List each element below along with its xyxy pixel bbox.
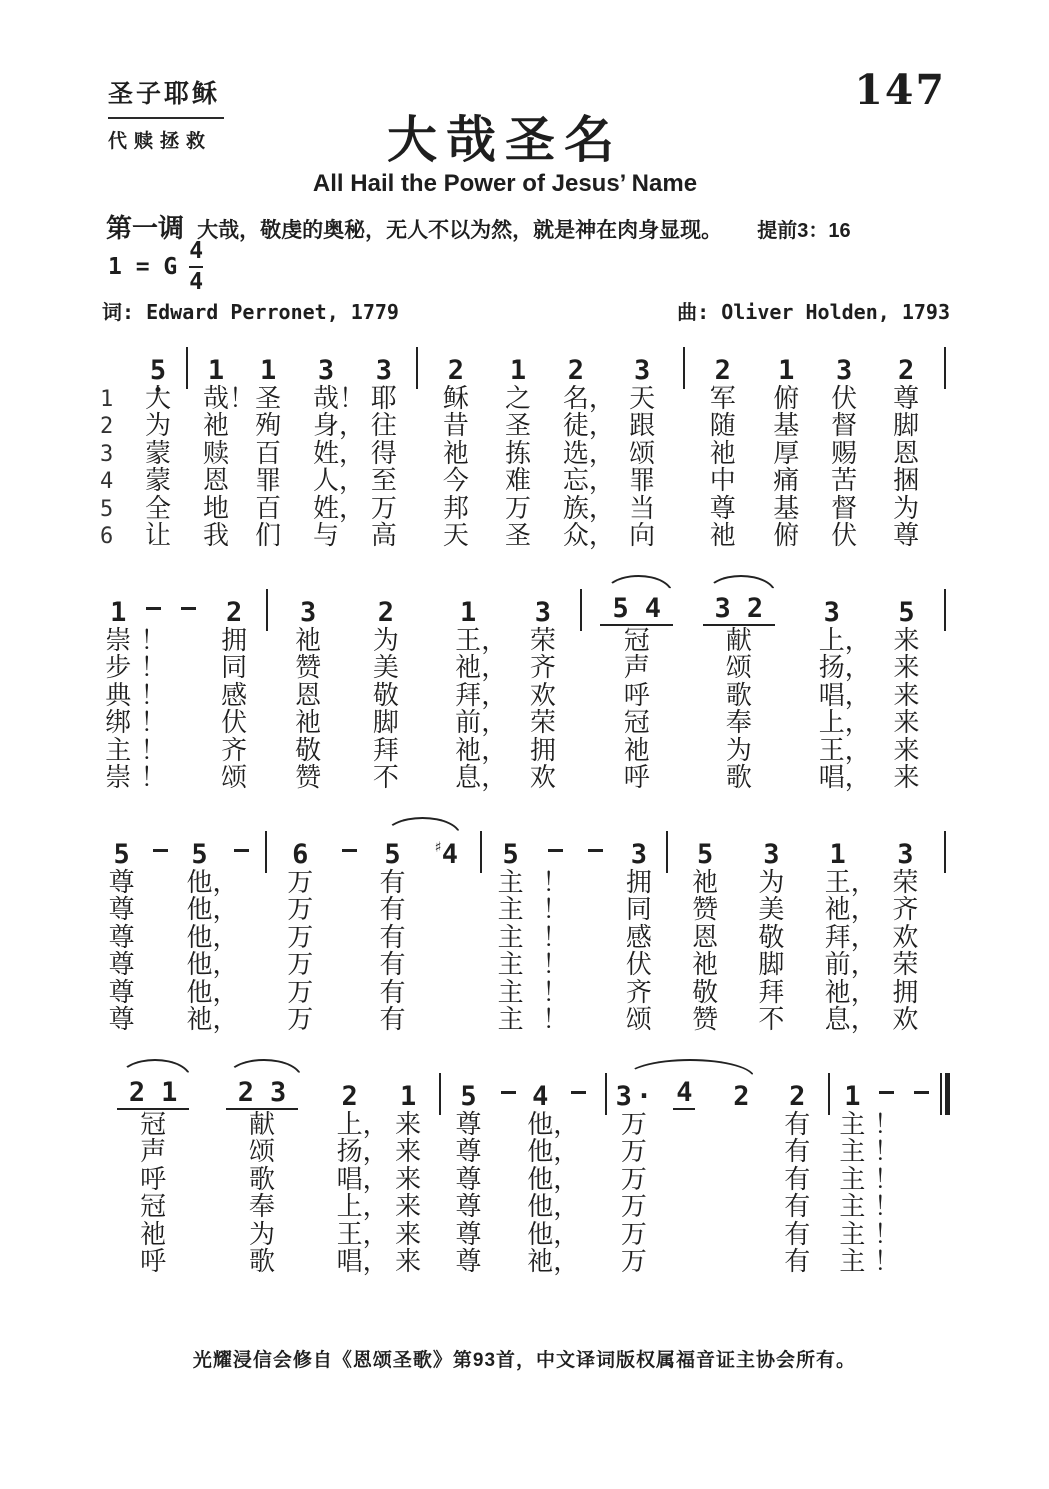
lyric-syllable: 来 bbox=[382, 1139, 435, 1165]
lyric-syllable: 今 bbox=[422, 468, 490, 494]
lyric-row-verse-3: 3蒙赎百姓，得祂拣选，颂祂厚赐恩 bbox=[100, 439, 950, 467]
hymn-title: 大哉圣名 bbox=[100, 100, 910, 172]
lyric-syllable: 来 bbox=[873, 655, 940, 681]
lyric-syllable: 祂 bbox=[689, 441, 757, 467]
lyric-syllable: 恩 bbox=[872, 441, 940, 467]
lyric-row-verse-1: 尊他，万有主！拥祂为王，荣 bbox=[100, 868, 950, 896]
lyric-syllable: 之 bbox=[490, 386, 546, 412]
lyric-syllable: 拜， bbox=[805, 925, 871, 951]
note: 3 bbox=[606, 357, 679, 384]
lyric-row-verse-1: 1大哉！圣哉！耶稣之名，天军俯伏尊 bbox=[100, 384, 950, 412]
lyric-syllable: ！ bbox=[137, 765, 171, 791]
lyric-syllable: 拜 bbox=[345, 738, 427, 764]
lyric-syllable: 他， bbox=[178, 925, 221, 951]
lyric-syllable: 来 bbox=[873, 738, 940, 764]
lyric-syllable: 欢 bbox=[871, 1007, 940, 1033]
lyric-syllable: 上， bbox=[791, 710, 873, 736]
lyric-syllable: 跟 bbox=[606, 413, 679, 439]
lyric-syllable: 献 bbox=[206, 1112, 318, 1138]
note: 3 bbox=[791, 599, 873, 626]
lyric-syllable: 呼 bbox=[100, 1249, 206, 1275]
note: 3· bbox=[611, 1083, 656, 1110]
lyric-syllable: 奉 bbox=[206, 1194, 318, 1220]
lyric-syllable: 上， bbox=[318, 1194, 382, 1220]
lyric-row-verse-6: 尊祂，万有主！颂赞不息，欢 bbox=[100, 1006, 950, 1034]
lyric-syllable: 息， bbox=[805, 1007, 871, 1033]
lyric-syllable: 万 bbox=[271, 1007, 329, 1033]
lyric-syllable: 尊 bbox=[445, 1194, 493, 1220]
time-signature: 4 4 bbox=[189, 240, 203, 294]
epigraph-text: 大哉，敬虔的奥秘，无人不以为然，就是神在肉身显现。 bbox=[197, 219, 722, 242]
lyric-syllable: 荣 bbox=[509, 710, 576, 736]
note: 2 bbox=[345, 599, 427, 626]
lyric-syllable: 尊 bbox=[445, 1249, 493, 1275]
lyric-syllable: 当 bbox=[606, 496, 679, 522]
lyric-syllable: 荣 bbox=[871, 870, 940, 896]
lyric-syllable: 主 bbox=[834, 1167, 871, 1193]
note: 5 bbox=[445, 1083, 493, 1110]
lyric-syllable: 歌 bbox=[687, 765, 791, 791]
lyric-syllable: 有 bbox=[369, 980, 415, 1006]
verse-number: 2 bbox=[100, 414, 134, 439]
lyric-syllable: 向 bbox=[606, 523, 679, 549]
note: 54 bbox=[586, 595, 687, 626]
lyric-syllable: ！ bbox=[137, 628, 171, 654]
lyric-syllable: 邦 bbox=[422, 496, 490, 522]
dash-continuation bbox=[871, 1083, 903, 1110]
lyric-syllable: 尊 bbox=[445, 1167, 493, 1193]
lyric-syllable: 典 bbox=[100, 683, 137, 709]
lyric-syllable: 来 bbox=[382, 1249, 435, 1275]
lyric-syllable: 感 bbox=[616, 925, 662, 951]
hymn-subtitle: All Hail the Power of Jesus’ Name bbox=[100, 170, 910, 198]
lyric-syllable: 百 bbox=[240, 441, 296, 467]
lyric-syllable: 我 bbox=[192, 523, 240, 549]
lyric-syllable: 天 bbox=[606, 386, 679, 412]
note: 21 bbox=[100, 1079, 206, 1110]
lyric-syllable: 蒙 bbox=[134, 468, 182, 494]
lyric-syllable: 他， bbox=[524, 1139, 556, 1165]
dash-continuation bbox=[143, 841, 178, 868]
lyric-row-verse-6: 崇！颂赞不息，欢呼歌唱，来 bbox=[100, 764, 950, 792]
lyric-syllable: 赎 bbox=[192, 441, 240, 467]
lyric-row-verse-3: 呼歌唱，来尊他，万有主！ bbox=[100, 1165, 950, 1193]
lyric-syllable: 主 bbox=[834, 1222, 871, 1248]
lyric-syllable: 百 bbox=[240, 496, 296, 522]
lyric-syllable: 他， bbox=[524, 1167, 556, 1193]
lyric-syllable: 奉 bbox=[687, 710, 791, 736]
lyric-syllable: 来 bbox=[382, 1222, 435, 1248]
music-system-1: 51133212321321大哉！圣哉！耶稣之名，天军俯伏尊2为祂殉身，往昔圣徒… bbox=[100, 332, 950, 549]
lyric-syllable: 来 bbox=[382, 1167, 435, 1193]
barline bbox=[412, 342, 422, 384]
lyric-row-verse-3: 尊他，万有主！感恩敬拜，欢 bbox=[100, 923, 950, 951]
composer-credit: 曲: Oliver Holden, 1793 bbox=[677, 296, 950, 325]
lyric-syllable: 为 bbox=[687, 738, 791, 764]
note: 1 bbox=[757, 357, 816, 384]
lyric-syllable: 冠 bbox=[586, 710, 687, 736]
lyric-syllable: 歌 bbox=[687, 683, 791, 709]
note-row: 5565♯4535313 bbox=[100, 816, 950, 868]
lyric-syllable: 尊 bbox=[100, 952, 143, 978]
lyric-syllable: 来 bbox=[873, 765, 940, 791]
lyric-syllable: 王， bbox=[318, 1222, 382, 1248]
lyric-syllable: 主 bbox=[100, 738, 137, 764]
lyric-row-verse-3: 典！感恩敬拜，欢呼歌唱，来 bbox=[100, 681, 950, 709]
lyric-syllable: 得 bbox=[356, 441, 412, 467]
lyric-syllable: 上， bbox=[791, 628, 873, 654]
lyric-syllable: 伏 bbox=[816, 523, 872, 549]
barline bbox=[576, 584, 586, 626]
note: 1 bbox=[382, 1083, 435, 1110]
lyric-syllable: 万 bbox=[271, 897, 329, 923]
lyric-syllable: 为 bbox=[738, 870, 804, 896]
lyric-syllable: 赞 bbox=[272, 655, 345, 681]
lyric-syllable: 众， bbox=[546, 523, 605, 549]
note: 2 bbox=[712, 1083, 770, 1110]
lyric-syllable: 歌 bbox=[206, 1249, 318, 1275]
lyric-syllable: 不 bbox=[738, 1007, 804, 1033]
lyric-syllable: 有 bbox=[771, 1112, 824, 1138]
lyric-syllable: 伏 bbox=[207, 710, 262, 736]
note: ♯4 bbox=[416, 841, 477, 868]
lyric-syllable: 万 bbox=[611, 1139, 656, 1165]
dash-continuation bbox=[170, 599, 207, 626]
lyric-syllable: 齐 bbox=[871, 897, 940, 923]
note: 3 bbox=[871, 841, 940, 868]
note: 3 bbox=[296, 357, 355, 384]
lyric-syllable: 祂 bbox=[672, 870, 738, 896]
lyric-syllable: 不 bbox=[345, 765, 427, 791]
lyric-syllable: 祂， bbox=[805, 980, 871, 1006]
lyric-syllable: 扬， bbox=[791, 655, 873, 681]
lyric-row-verse-1: 冠献上，来尊他，万有主！ bbox=[100, 1110, 950, 1138]
lyric-syllable: ！ bbox=[137, 738, 171, 764]
barline bbox=[261, 826, 271, 868]
barline bbox=[824, 1068, 834, 1110]
lyric-syllable: 冠 bbox=[100, 1194, 206, 1220]
lyric-syllable: 王， bbox=[805, 870, 871, 896]
lyric-syllable: 中 bbox=[689, 468, 757, 494]
verse-number: 3 bbox=[100, 442, 134, 467]
lyric-row-verse-5: 主！齐敬拜祂，拥祂为王，来 bbox=[100, 736, 950, 764]
lyric-syllable: 万 bbox=[271, 870, 329, 896]
dash-continuation bbox=[221, 841, 261, 868]
note: 1 bbox=[834, 1083, 871, 1110]
lyric-row-verse-6: 6让我们与高天圣众，向祂俯伏尊 bbox=[100, 522, 950, 550]
verse-number: 6 bbox=[100, 524, 134, 549]
lyric-syllable: ！ bbox=[871, 1139, 903, 1165]
note: 2 bbox=[689, 357, 757, 384]
lyric-syllable: 拣 bbox=[490, 441, 546, 467]
lyric-syllable: 敬 bbox=[672, 980, 738, 1006]
lyric-syllable: 基 bbox=[757, 413, 816, 439]
lyric-syllable: 来 bbox=[873, 683, 940, 709]
verse-number: 5 bbox=[100, 497, 134, 522]
dash-continuation bbox=[535, 841, 575, 868]
lyric-syllable: 欢 bbox=[509, 765, 576, 791]
lyric-syllable: 来 bbox=[873, 710, 940, 736]
lyric-syllable: 来 bbox=[873, 628, 940, 654]
barline bbox=[601, 1068, 611, 1110]
lyric-syllable: 伏 bbox=[616, 952, 662, 978]
lyric-syllable: 赞 bbox=[672, 1007, 738, 1033]
lyric-syllable: 拥 bbox=[616, 870, 662, 896]
lyric-syllable: ！ bbox=[871, 1194, 903, 1220]
epigraph-row: 第一调 大哉，敬虔的奥秘，无人不以为然，就是神在肉身显现。 提前3：16 bbox=[106, 208, 851, 245]
credits-row: 词: Edward Perronet, 1779 曲: Oliver Holde… bbox=[102, 296, 950, 325]
lyric-syllable: ！ bbox=[535, 870, 575, 896]
lyric-syllable: 主 bbox=[486, 870, 535, 896]
note: 5 bbox=[134, 357, 182, 384]
barline bbox=[940, 584, 950, 626]
lyric-syllable: 尊 bbox=[872, 386, 940, 412]
lyric-syllable: 万 bbox=[490, 496, 546, 522]
lyric-syllable: 他， bbox=[524, 1222, 556, 1248]
lyric-syllable: 有 bbox=[771, 1139, 824, 1165]
lyric-syllable: 忘， bbox=[546, 468, 605, 494]
lyric-row-verse-5: 尊他，万有主！齐敬拜祂，拥 bbox=[100, 978, 950, 1006]
footer-attribution: 光耀浸信会修自《恩颂圣歌》第93首，中文译词版权属福音证主协会所有。 bbox=[0, 1345, 1049, 1372]
lyric-syllable: ！ bbox=[871, 1249, 903, 1275]
dash-continuation bbox=[492, 1083, 524, 1110]
scripture-reference: 提前3：16 bbox=[757, 220, 850, 242]
lyric-syllable: 全 bbox=[134, 496, 182, 522]
lyric-syllable: 有 bbox=[771, 1194, 824, 1220]
lyric-syllable: 欢 bbox=[509, 683, 576, 709]
lyric-syllable: ！ bbox=[871, 1167, 903, 1193]
lyric-syllable: 祂 bbox=[272, 710, 345, 736]
lyric-syllable: 蒙 bbox=[134, 441, 182, 467]
lyric-syllable: 殉 bbox=[240, 413, 296, 439]
lyric-syllable: 拥 bbox=[207, 628, 262, 654]
lyric-row-verse-5: 祂为王，来尊他，万有主！ bbox=[100, 1220, 950, 1248]
lyric-syllable: 来 bbox=[382, 1194, 435, 1220]
lyric-syllable: 他， bbox=[178, 952, 221, 978]
lyric-syllable: 为 bbox=[872, 496, 940, 522]
lyric-syllable: 哉！ bbox=[296, 386, 355, 412]
note: 1 bbox=[805, 841, 871, 868]
lyric-syllable: 万 bbox=[611, 1112, 656, 1138]
lyric-syllable: 赐 bbox=[816, 441, 872, 467]
lyric-syllable: 地 bbox=[192, 496, 240, 522]
lyric-syllable: 罪 bbox=[240, 468, 296, 494]
note: 3 bbox=[356, 357, 412, 384]
lyric-syllable: 唱， bbox=[318, 1167, 382, 1193]
lyric-syllable: 他， bbox=[178, 870, 221, 896]
lyric-row-verse-4: 尊他，万有主！伏祂脚前，荣 bbox=[100, 951, 950, 979]
lyric-row-verse-2: 2为祂殉身，往昔圣徒，跟随基督脚 bbox=[100, 412, 950, 440]
lyric-syllable: 万 bbox=[271, 925, 329, 951]
barline bbox=[182, 342, 192, 384]
lyric-syllable: 俯 bbox=[757, 386, 816, 412]
lyric-syllable: ！ bbox=[871, 1222, 903, 1248]
lyric-syllable: 绑 bbox=[100, 710, 137, 736]
lyric-syllable: 扬， bbox=[318, 1139, 382, 1165]
lyric-syllable: 敬 bbox=[272, 738, 345, 764]
lyric-syllable: ！ bbox=[535, 897, 575, 923]
barline bbox=[476, 826, 486, 868]
lyric-syllable: 姓， bbox=[296, 441, 355, 467]
lyric-syllable: 主 bbox=[486, 925, 535, 951]
lyric-syllable: ！ bbox=[535, 980, 575, 1006]
lyric-syllable: 为 bbox=[134, 413, 182, 439]
lyric-syllable: 祂 bbox=[100, 1222, 206, 1248]
lyric-syllable: 感 bbox=[207, 683, 262, 709]
lyric-syllable: 昔 bbox=[422, 413, 490, 439]
note: 3 bbox=[816, 357, 872, 384]
lyric-syllable: 唱， bbox=[318, 1249, 382, 1275]
lyric-syllable: 有 bbox=[771, 1222, 824, 1248]
lyric-syllable: 来 bbox=[382, 1112, 435, 1138]
lyric-syllable: ！ bbox=[535, 1007, 575, 1033]
lyric-syllable: 尊 bbox=[100, 925, 143, 951]
lyric-syllable: 祂 bbox=[422, 441, 490, 467]
lyric-syllable: 主 bbox=[834, 1112, 871, 1138]
lyric-syllable: 美 bbox=[345, 655, 427, 681]
note: 32 bbox=[687, 595, 791, 626]
lyric-syllable: 王， bbox=[427, 628, 509, 654]
slur-arc bbox=[226, 1059, 302, 1078]
lyric-syllable: 祂 bbox=[672, 952, 738, 978]
lyric-syllable: 祂 bbox=[272, 628, 345, 654]
lyric-syllable: 厚 bbox=[757, 441, 816, 467]
lyricist-credit: 词: Edward Perronet, 1779 bbox=[102, 296, 399, 325]
lyric-syllable: 圣 bbox=[490, 523, 546, 549]
lyric-syllable: 敬 bbox=[738, 925, 804, 951]
lyric-row-verse-4: 绑！伏祂脚前，荣冠奉上，来 bbox=[100, 709, 950, 737]
note: 2 bbox=[872, 357, 940, 384]
lyric-syllable: 有 bbox=[369, 925, 415, 951]
lyric-syllable: 颂 bbox=[207, 765, 262, 791]
hymn-page: 圣子耶稣 代赎拯救 147 大哉圣名 All Hail the Power of… bbox=[0, 0, 1049, 1489]
lyric-syllable: 主 bbox=[486, 897, 535, 923]
time-signature-numerator: 4 bbox=[189, 240, 203, 268]
note: 5 bbox=[178, 841, 221, 868]
lyric-syllable: 祂， bbox=[427, 738, 509, 764]
lyric-syllable: 罪 bbox=[606, 468, 679, 494]
lyric-syllable: 为 bbox=[206, 1222, 318, 1248]
lyric-syllable: 赞 bbox=[272, 765, 345, 791]
lyric-syllable: 万 bbox=[356, 496, 412, 522]
lyric-syllable: 尊 bbox=[445, 1112, 493, 1138]
lyric-syllable: 尊 bbox=[100, 870, 143, 896]
note: 5 bbox=[672, 841, 738, 868]
lyric-syllable: 颂 bbox=[206, 1139, 318, 1165]
lyric-syllable: 万 bbox=[611, 1167, 656, 1193]
note: 3 bbox=[509, 599, 576, 626]
lyric-syllable: 步 bbox=[100, 655, 137, 681]
lyric-syllable: 拥 bbox=[509, 738, 576, 764]
dash-continuation bbox=[137, 599, 171, 626]
lyric-syllable: 往 bbox=[356, 413, 412, 439]
lyric-syllable: 荣 bbox=[509, 628, 576, 654]
verse-number: 1 bbox=[100, 387, 134, 412]
lyric-syllable: 督 bbox=[816, 413, 872, 439]
note: 1 bbox=[192, 357, 240, 384]
slur-arc bbox=[119, 1059, 191, 1078]
lyric-syllable: 荣 bbox=[871, 952, 940, 978]
lyric-syllable: 万 bbox=[271, 980, 329, 1006]
lyric-syllable: 让 bbox=[134, 523, 182, 549]
hymn-header: 圣子耶稣 代赎拯救 147 大哉圣名 All Hail the Power of… bbox=[100, 70, 950, 332]
lyric-syllable: 主 bbox=[486, 952, 535, 978]
lyric-syllable: 尊 bbox=[872, 523, 940, 549]
lyric-syllable: 前， bbox=[805, 952, 871, 978]
note: 3 bbox=[272, 599, 345, 626]
note: 2 bbox=[207, 599, 262, 626]
lyric-syllable: 有 bbox=[369, 897, 415, 923]
lyric-syllable: 冠 bbox=[586, 628, 687, 654]
lyric-syllable: 万 bbox=[611, 1249, 656, 1275]
slur-arc bbox=[604, 575, 673, 594]
note: 1 bbox=[427, 599, 509, 626]
lyric-syllable: 齐 bbox=[207, 738, 262, 764]
lyric-syllable: 他， bbox=[178, 897, 221, 923]
lyric-syllable: 他， bbox=[178, 980, 221, 1006]
lyric-syllable: 名， bbox=[546, 386, 605, 412]
lyric-syllable: 圣 bbox=[490, 413, 546, 439]
dash-continuation bbox=[575, 841, 615, 868]
lyric-syllable: 耶 bbox=[356, 386, 412, 412]
lyric-syllable: 俯 bbox=[757, 523, 816, 549]
lyric-syllable: 颂 bbox=[606, 441, 679, 467]
lyric-syllable: 唱， bbox=[791, 683, 873, 709]
barline bbox=[435, 1068, 445, 1110]
lyric-syllable: 脚 bbox=[872, 413, 940, 439]
lyric-syllable: 至 bbox=[356, 468, 412, 494]
lyric-syllable: 拜， bbox=[427, 683, 509, 709]
lyric-syllable: 姓， bbox=[296, 496, 355, 522]
lyric-syllable: 捆 bbox=[872, 468, 940, 494]
lyric-syllable: 尊 bbox=[445, 1222, 493, 1248]
note: 4 bbox=[524, 1083, 556, 1110]
lyric-syllable: 选， bbox=[546, 441, 605, 467]
music-system-3: 5565♯4535313尊他，万有主！拥祂为王，荣尊他，万有主！同赞美祂，齐尊他… bbox=[100, 816, 950, 1033]
lyric-syllable: 敬 bbox=[345, 683, 427, 709]
note: 2 bbox=[546, 357, 605, 384]
lyric-syllable: 脚 bbox=[738, 952, 804, 978]
lyric-syllable: 祂， bbox=[178, 1007, 221, 1033]
lyric-syllable: 难 bbox=[490, 468, 546, 494]
lyric-syllable: 恩 bbox=[272, 683, 345, 709]
note: 2 bbox=[771, 1083, 824, 1110]
lyric-syllable: 人， bbox=[296, 468, 355, 494]
lyric-syllable: 拜 bbox=[738, 980, 804, 1006]
note: 6 bbox=[271, 841, 329, 868]
lyric-syllable: 歌 bbox=[206, 1167, 318, 1193]
note-row: 212321543·4221 bbox=[100, 1058, 950, 1110]
lyric-syllable: 基 bbox=[757, 496, 816, 522]
note-row: 5113321232132 bbox=[100, 332, 950, 384]
music-system-2: 123213543235崇！拥祂为王，荣冠献上，来步！同赞美祂，齐声颂扬，来典！… bbox=[100, 574, 950, 791]
lyric-syllable: 崇 bbox=[100, 765, 137, 791]
lyric-syllable: 族， bbox=[546, 496, 605, 522]
lyric-syllable: 祂 bbox=[689, 523, 757, 549]
lyric-row-verse-1: 崇！拥祂为王，荣冠献上，来 bbox=[100, 626, 950, 654]
lyric-syllable: 祂， bbox=[427, 655, 509, 681]
note: 1 bbox=[490, 357, 546, 384]
lyric-syllable: 呼 bbox=[100, 1167, 206, 1193]
lyric-syllable: 唱， bbox=[791, 765, 873, 791]
lyric-syllable: 万 bbox=[611, 1222, 656, 1248]
music-score: 51133212321321大哉！圣哉！耶稣之名，天军俯伏尊2为祂殉身，往昔圣徒… bbox=[100, 332, 950, 1275]
lyric-row-verse-4: 冠奉上，来尊他，万有主！ bbox=[100, 1193, 950, 1221]
lyric-syllable: 圣 bbox=[240, 386, 296, 412]
lyric-syllable: 颂 bbox=[616, 1007, 662, 1033]
lyric-syllable: 王， bbox=[791, 738, 873, 764]
lyric-syllable: 息， bbox=[427, 765, 509, 791]
